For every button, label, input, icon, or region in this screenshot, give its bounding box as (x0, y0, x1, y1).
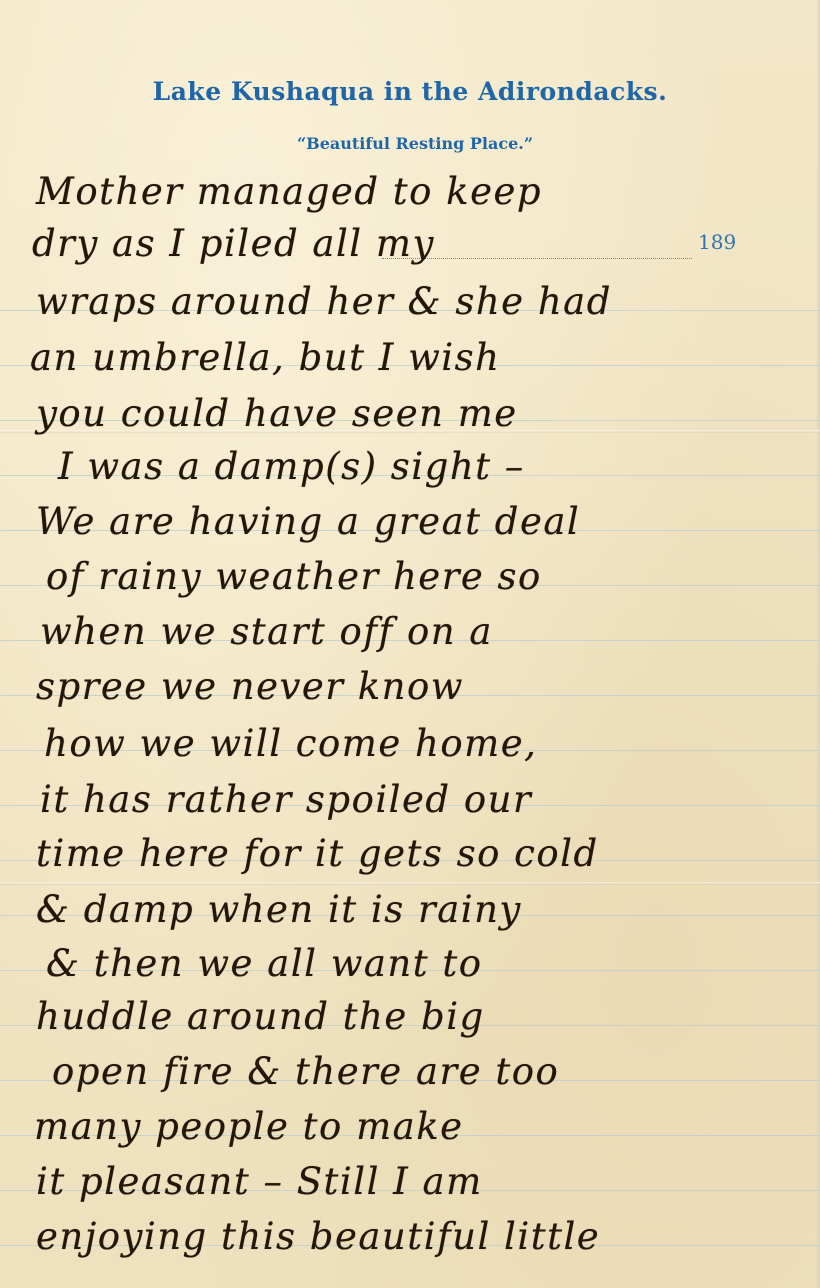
date-year-prefix: 189 (698, 230, 736, 254)
handwritten-line: & damp when it is rainy (36, 888, 522, 931)
letterhead-title: Lake Kushaqua in the Adirondacks. (0, 72, 820, 112)
handwritten-line: Mother managed to keep (36, 170, 542, 213)
handwritten-line: when we start off on a (40, 610, 493, 653)
handwritten-line: you could have seen me (36, 392, 518, 435)
handwritten-line: how we will come home, (44, 722, 537, 765)
handwritten-line: We are having a great deal (36, 500, 580, 543)
letterhead: Lake Kushaqua in the Adirondacks. “Beaut… (0, 72, 820, 153)
fold-crease (0, 882, 820, 885)
handwritten-line: & then we all want to (46, 942, 483, 985)
handwritten-line: of rainy weather here so (46, 555, 542, 598)
letter-page: Lake Kushaqua in the Adirondacks. “Beaut… (0, 0, 820, 1288)
handwritten-line: open fire & there are too (52, 1050, 559, 1093)
handwritten-line: dry as I piled all my (32, 222, 435, 265)
handwritten-line: time here for it gets so cold (36, 832, 599, 875)
handwritten-line: many people to make (34, 1105, 464, 1148)
handwritten-line: an umbrella, but I wish (30, 336, 500, 379)
paper-edge (816, 0, 820, 1288)
handwritten-line: huddle around the big (36, 995, 485, 1038)
handwritten-line: enjoying this beautiful little (36, 1215, 600, 1258)
handwritten-line: it has rather spoiled our (40, 778, 532, 821)
handwritten-line: it pleasant – Still I am (36, 1160, 483, 1203)
letterhead-motto: “Beautiful Resting Place.” (10, 134, 820, 153)
handwritten-line: spree we never know (36, 665, 464, 708)
handwritten-line: I was a damp(s) sight – (58, 445, 525, 488)
handwritten-line: wraps around her & she had (36, 280, 612, 323)
